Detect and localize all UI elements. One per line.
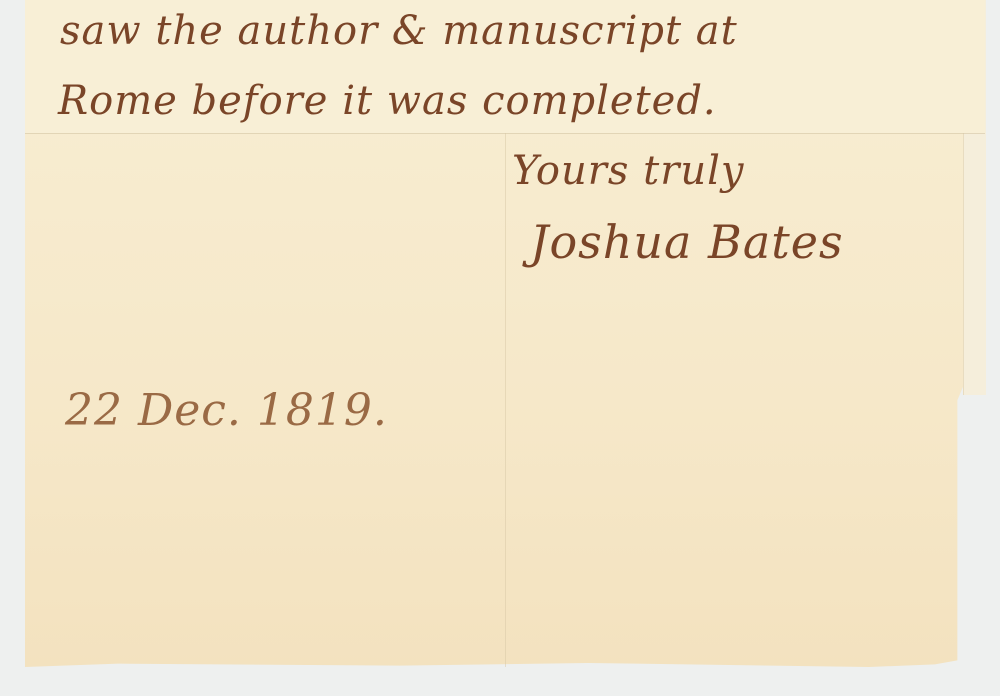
date-line: 22 Dec. 1819. bbox=[65, 385, 388, 436]
signature: Joshua Bates bbox=[530, 215, 844, 269]
body-line-1: saw the author & manuscript at bbox=[60, 8, 738, 54]
body-line-2: Rome before it was completed. bbox=[58, 78, 717, 124]
document-photo: saw the author & manuscript at Rome befo… bbox=[0, 0, 1000, 696]
vertical-fold-line bbox=[505, 133, 506, 667]
closing-salutation: Yours truly bbox=[512, 148, 744, 194]
